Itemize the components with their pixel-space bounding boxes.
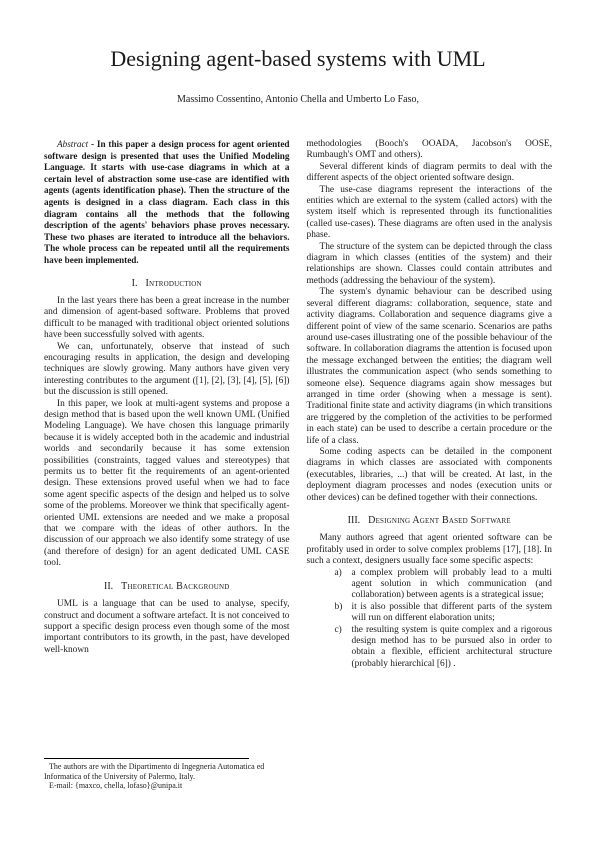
list-item: c) the resulting system is quite complex… [307, 625, 553, 671]
paragraph: The structure of the system can be depic… [307, 242, 553, 288]
list-item: b) it is also possible that different pa… [307, 602, 553, 625]
paragraph: methodologies (Booch's OOADA, Jacobson's… [307, 139, 553, 162]
paper-page: Designing agent-based systems with UML M… [0, 0, 596, 842]
aspect-list: a) a complex problem will probably lead … [307, 568, 553, 671]
paragraph: In the last years there has been a great… [44, 296, 290, 342]
section-heading-introduction: I.Introduction [44, 278, 290, 289]
footnote-email: E-mail: {maxco, chella, lofaso}@unipa.it [44, 781, 294, 791]
section-number: III. [348, 515, 361, 526]
paragraph: The system's dynamic behaviour can be de… [307, 287, 553, 447]
authors-line: Massimo Cossentino, Antonio Chella and U… [0, 94, 596, 105]
paragraph: The use-case diagrams represent the inte… [307, 185, 553, 242]
section-title: Theoretical Background [121, 581, 229, 592]
list-marker: a) [335, 568, 352, 602]
author-footnote: The authors are with the Dipartimento di… [44, 758, 294, 791]
two-column-body: Abstract - In this paper a design proces… [0, 139, 596, 670]
left-column: Abstract - In this paper a design proces… [44, 139, 290, 670]
paragraph: Some coding aspects can be detailed in t… [307, 447, 553, 504]
paragraph: We can, unfortunately, observe that inst… [44, 342, 290, 399]
list-item: a) a complex problem will probably lead … [307, 568, 553, 602]
section-heading-designing: III.Designing Agent Based Software [307, 515, 553, 526]
list-marker: b) [335, 602, 352, 625]
footnote-rule [44, 758, 249, 759]
page-title: Designing agent-based systems with UML [0, 0, 596, 72]
abstract-text: - In this paper a design process for age… [44, 139, 290, 265]
paragraph: UML is a language that can be used to an… [44, 599, 290, 656]
paragraph: Many authors agreed that agent oriented … [307, 533, 553, 567]
section-title: Designing Agent Based Software [368, 515, 511, 526]
section-title: Introduction [146, 278, 202, 289]
paragraph: Several different kinds of diagram permi… [307, 162, 553, 185]
right-column: methodologies (Booch's OOADA, Jacobson's… [307, 139, 553, 670]
footnote-affiliation: The authors are with the Dipartimento di… [44, 762, 294, 781]
paragraph: In this paper, we look at multi-agent sy… [44, 399, 290, 570]
list-marker: c) [335, 625, 352, 671]
section-heading-background: II.Theoretical Background [44, 581, 290, 592]
section-number: II. [104, 581, 113, 592]
abstract-label: Abstract [57, 139, 88, 149]
abstract: Abstract - In this paper a design proces… [44, 139, 290, 267]
section-number: I. [132, 278, 138, 289]
list-item-text: a complex problem will probably lead to … [352, 568, 553, 602]
list-item-text: the resulting system is quite complex an… [352, 625, 553, 671]
list-item-text: it is also possible that different parts… [352, 602, 553, 625]
